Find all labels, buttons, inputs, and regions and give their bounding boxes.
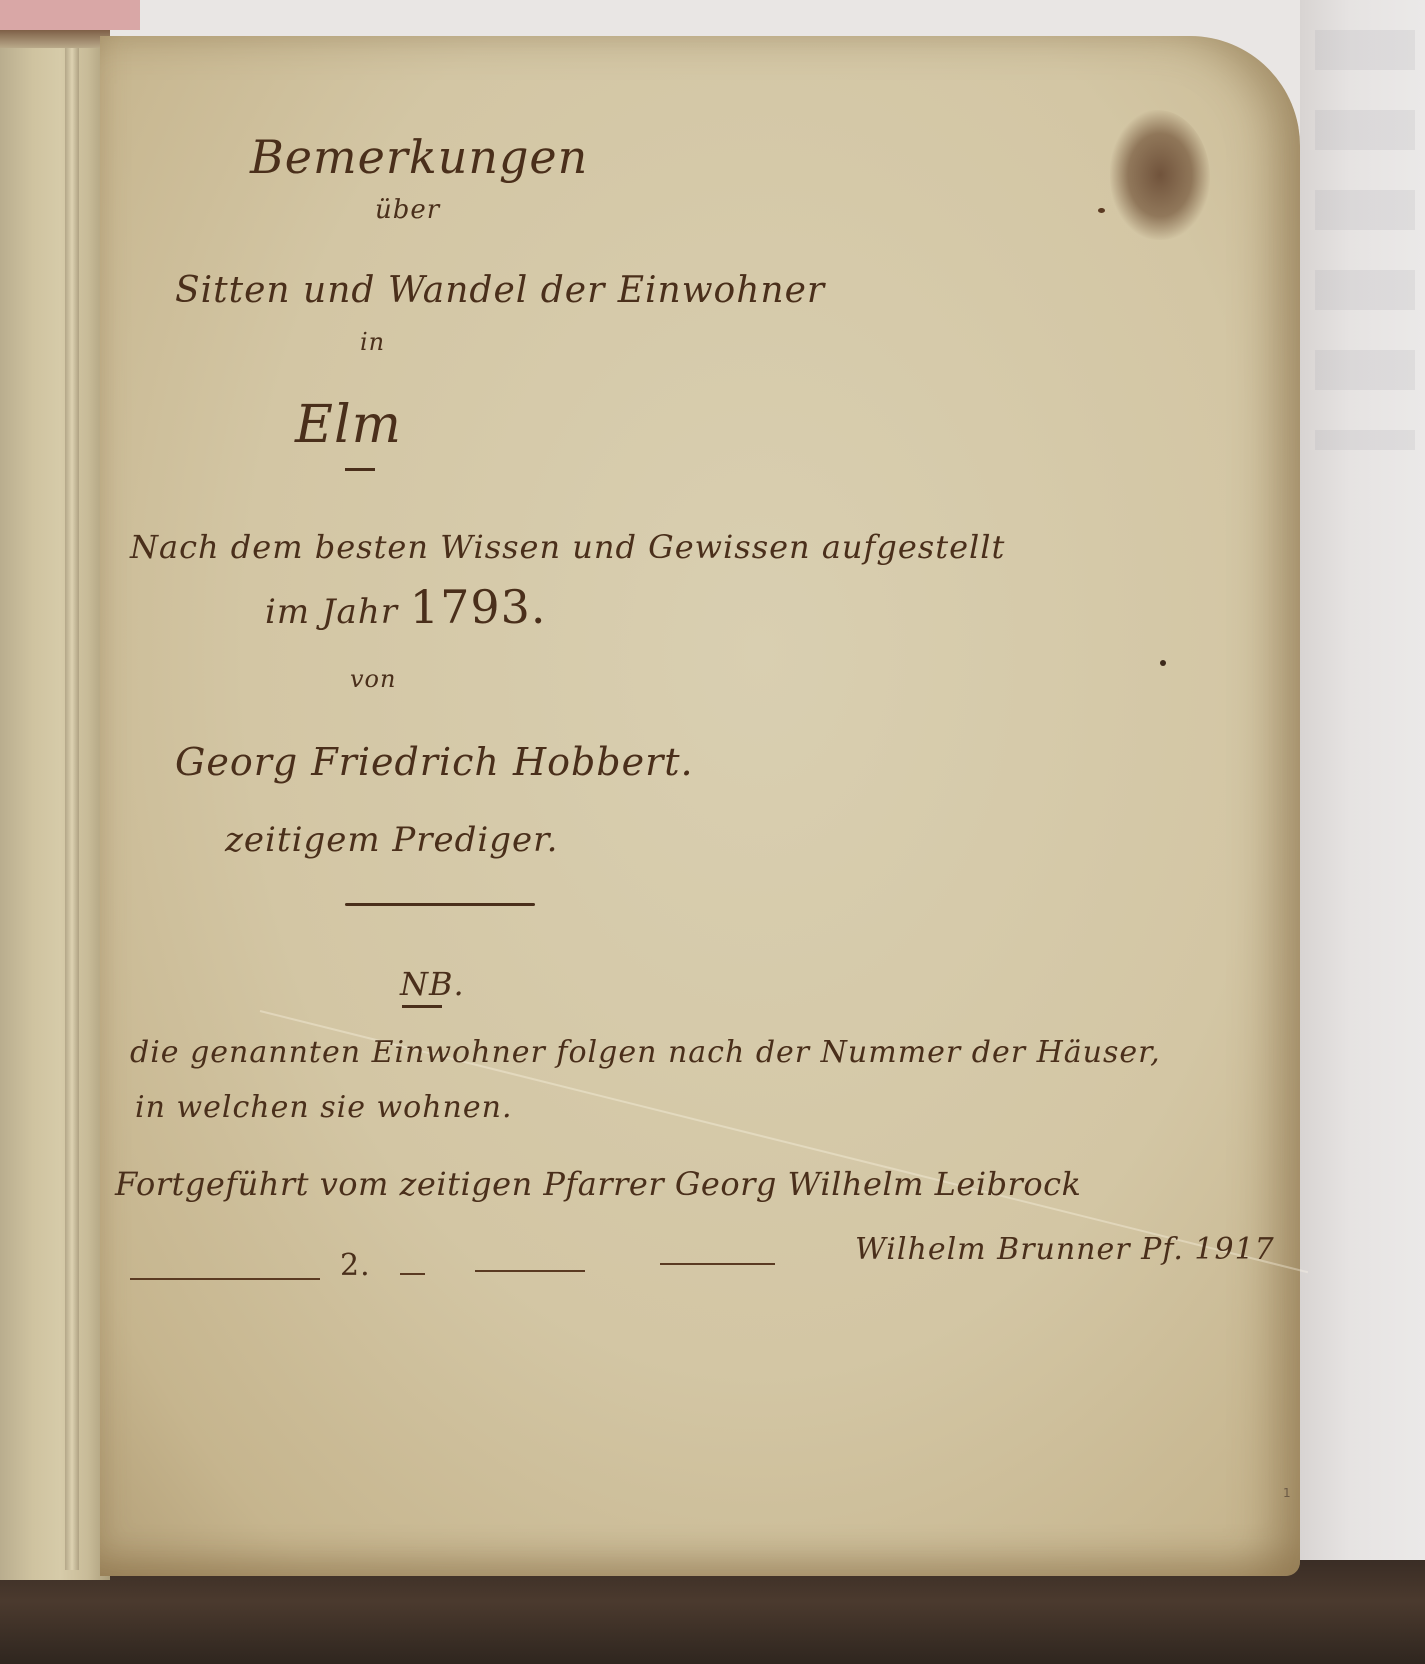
year-line: im Jahr 1793.	[265, 580, 547, 634]
author-title: zeitigem Prediger.	[225, 820, 558, 860]
year: 1793.	[410, 580, 547, 634]
note-line-2: in welchen sie wohnen.	[135, 1090, 513, 1125]
title-place: Elm	[295, 395, 402, 455]
dash-rule	[660, 1263, 775, 1265]
title-bemerkungen: Bemerkungen	[250, 130, 588, 184]
page-mark: 2.	[340, 1248, 371, 1283]
nb-underline	[402, 1005, 442, 1008]
spine-fold	[65, 30, 79, 1570]
divider-rule	[345, 903, 535, 906]
continuation-line-2: Wilhelm Brunner Pf. 1917	[855, 1232, 1275, 1267]
by-word: von	[350, 665, 396, 693]
pink-paper-corner	[0, 0, 140, 30]
compiled-statement: Nach dem besten Wissen und Gewissen aufg…	[130, 528, 1005, 566]
continuation-line-1: Fortgeführt vom zeitigen Pfarrer Georg W…	[115, 1165, 1081, 1203]
title-ueber: über	[375, 195, 440, 225]
ink-dot	[1098, 208, 1105, 213]
place-underline	[345, 468, 375, 471]
ink-speck	[1160, 660, 1166, 666]
dash-rule	[130, 1278, 320, 1280]
book-gutter	[0, 20, 110, 1580]
dash-rule	[400, 1273, 425, 1275]
ink-blot	[1110, 110, 1210, 240]
author-name: Georg Friedrich Hobbert.	[175, 740, 694, 784]
title-in: in	[360, 328, 385, 356]
dash-rule	[475, 1270, 585, 1272]
manuscript-page	[100, 36, 1300, 1576]
background-document-edge	[1315, 30, 1415, 450]
title-subject: Sitten und Wandel der Einwohner	[175, 270, 825, 311]
note-line-1: die genannten Einwohner folgen nach der …	[130, 1035, 1161, 1070]
year-prefix: im Jahr	[265, 592, 398, 632]
corner-page-number: 1	[1283, 1486, 1291, 1500]
nb-marker: NB.	[400, 965, 465, 1003]
